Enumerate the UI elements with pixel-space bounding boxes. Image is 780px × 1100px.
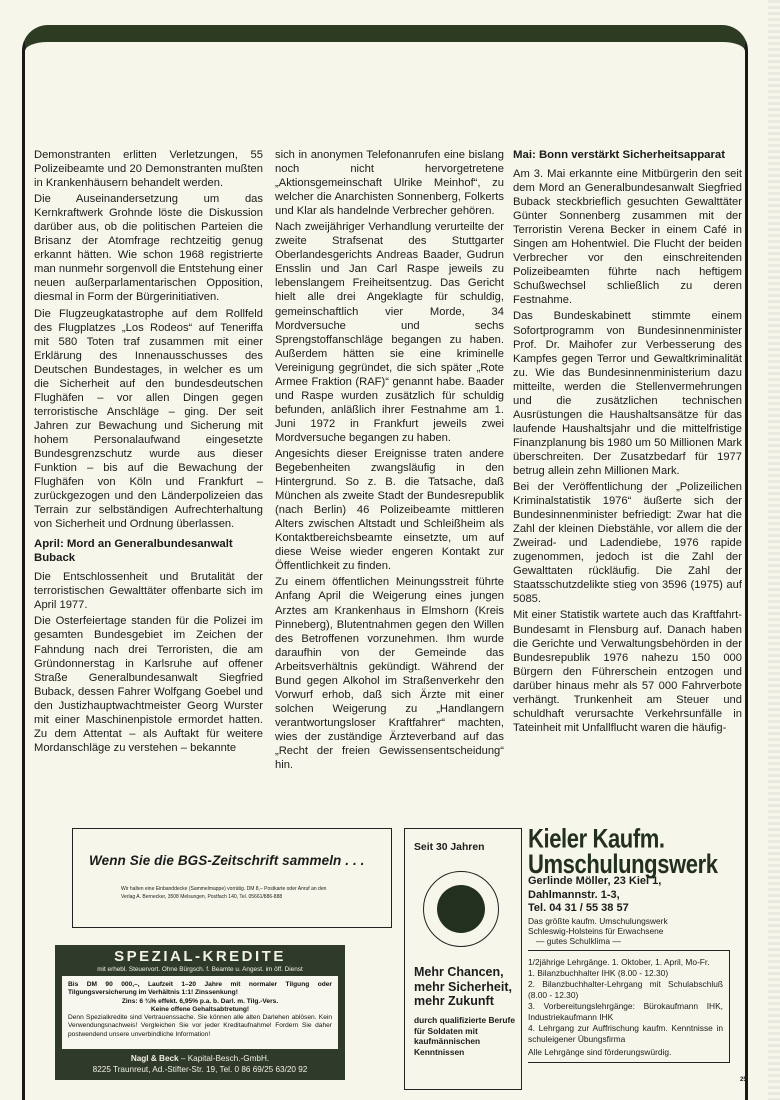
firm-address: 8225 Traunreut, Ad.-Stifter-Str. 19, Tel… <box>93 1065 308 1074</box>
ad-body: Bis DM 90 000,–, Laufzeit 1–20 Jahre mit… <box>62 976 338 1049</box>
ad-subtitle: mit erhebl. Steuervort. Ohne Bürgsch. f.… <box>55 966 345 973</box>
course-item: Alle Lehrgänge sind förderungswürdig. <box>528 1047 723 1058</box>
ad-fineprint: Wir halten eine Einbanddecke (Sammelmapp… <box>121 885 381 901</box>
column-3: Mai: Bonn verstärkt Sicherheitsapparat A… <box>513 148 742 737</box>
address-line: Dahlmannstr. 1-3, <box>528 889 733 903</box>
ad-slogan: Mehr Chancen, mehr Sicherheit, mehr Zuku… <box>414 965 512 1009</box>
ad-body-line: Keine offene Gehaltsabtretung! <box>68 1006 332 1014</box>
column-2: sich in anonymen Telefonanrufen eine bis… <box>275 148 504 774</box>
ad-body-line: Bis DM 90 000,–, Laufzeit 1–20 Jahre mit… <box>68 981 332 998</box>
course-item: 2. Bilanzbuchhalter-Lehrgang mit Schulab… <box>528 979 723 1001</box>
paragraph: Die Osterfeiertage standen für die Poliz… <box>34 614 263 754</box>
course-item: 1. Bilanzbuchhalter IHK (8.00 - 12.30) <box>528 968 723 979</box>
course-item: 1/2jährige Lehrgänge. 1. Oktober, 1. Apr… <box>528 957 723 968</box>
ad-fineprint-line: Verlag A. Bernecker, 3508 Melsungen, Pos… <box>121 893 381 901</box>
firm-name: Nagl & Beck <box>131 1054 179 1063</box>
paragraph: Die Entschlossenheit und Brutalität der … <box>34 570 263 612</box>
paragraph: Das Bundeskabinett stimmte einem Sofortp… <box>513 309 742 478</box>
paragraph: Angesichts dieser Ereignisse traten ande… <box>275 447 504 573</box>
phone-line: Tel. 04 31 / 55 38 57 <box>528 902 733 916</box>
course-list: 1/2jährige Lehrgänge. 1. Oktober, 1. Apr… <box>528 950 730 1063</box>
title-line: Umschulungswerk <box>528 851 733 876</box>
paragraph: sich in anonymen Telefonanrufen eine bis… <box>275 148 504 218</box>
firm-type: – Kapital-Besch.-GmbH. <box>179 1054 270 1063</box>
ad-body-line: Zins: 6 ¾% effekt. 6,95% p.a. b. Darl. m… <box>68 998 332 1006</box>
info-line: — gutes Schulklima — <box>528 936 733 946</box>
ad-address: Gerlinde Möller, 23 Kiel 1, Dahlmannstr.… <box>528 875 733 916</box>
ad-title: SPEZIAL-KREDITE <box>55 945 345 965</box>
ad-seit-30-jahren: Seit 30 Jahren Mehr Chancen, mehr Sicher… <box>404 828 522 1090</box>
info-line: Schleswig-Holsteins für Erwachsene <box>528 926 733 936</box>
slogan-line: Mehr Chancen, <box>414 965 512 980</box>
ad-title: Kieler Kaufm. Umschulungswerk <box>528 826 733 876</box>
section-heading-april: April: Mord an Generalbundesanwalt Bubac… <box>34 537 263 565</box>
column-1: Demonstranten erlitten Verletzungen, 55 … <box>34 148 263 757</box>
course-item: 3. Vorbereitungslehrgänge: Bürokaufmann … <box>528 1001 723 1023</box>
paragraph: Mit einer Statistik wartete auch das Kra… <box>513 608 742 734</box>
ad-fineprint-line: Wir halten eine Einbanddecke (Sammelmapp… <box>121 885 381 893</box>
title-line: Kieler Kaufm. <box>528 826 733 851</box>
paragraph: Nach zweijähriger Verhandlung verurteilt… <box>275 220 504 445</box>
course-item: 4. Lehrgang zur Auffrischung kaufm. Kenn… <box>528 1023 723 1045</box>
ad-info: Das größte kaufm. Umschulungswerk Schles… <box>528 916 733 946</box>
section-heading-mai: Mai: Bonn verstärkt Sicherheitsapparat <box>513 148 742 162</box>
ad-bgs-collection: Wenn Sie die BGS-Zeitschrift sammeln . .… <box>72 828 392 928</box>
ad-body-line: Denn Spezialkredite sind Vertrauenssache… <box>68 1014 332 1039</box>
paragraph: Demonstranten erlitten Verletzungen, 55 … <box>34 148 263 190</box>
slogan-line: mehr Zukunft <box>414 994 512 1009</box>
paragraph: Am 3. Mai erkannte eine Mitbürgerin den … <box>513 167 742 307</box>
ad-headline: Wenn Sie die BGS-Zeitschrift sammeln . .… <box>89 853 365 868</box>
paragraph: Die Auseinandersetzung um das Kernkraftw… <box>34 192 263 304</box>
ad-spezial-kredite: SPEZIAL-KREDITE mit erhebl. Steuervort. … <box>55 945 345 1080</box>
ad-description: durch qualifizierte Berufe für Soldaten … <box>414 1015 521 1057</box>
target-circle-icon <box>423 871 499 947</box>
ad-kieler-umschulungswerk: Kieler Kaufm. Umschulungswerk Gerlinde M… <box>528 826 733 1063</box>
page-number: 25 <box>740 1077 747 1083</box>
slogan-line: mehr Sicherheit, <box>414 980 512 995</box>
paragraph: Bei der Veröffentlichung der „Polizeilic… <box>513 480 742 606</box>
paragraph: Die Flugzeugkatastrophe auf dem Rollfeld… <box>34 307 263 532</box>
info-line: Das größte kaufm. Umschulungswerk <box>528 916 733 926</box>
target-dot-icon <box>437 885 485 933</box>
ad-top-text: Seit 30 Jahren <box>414 842 484 853</box>
paragraph: Zu einem öffentlichen Meinungsstreit füh… <box>275 575 504 772</box>
scan-edge <box>768 0 780 1100</box>
ad-firm: Nagl & Beck – Kapital-Besch.-GmbH. 8225 … <box>55 1054 345 1075</box>
